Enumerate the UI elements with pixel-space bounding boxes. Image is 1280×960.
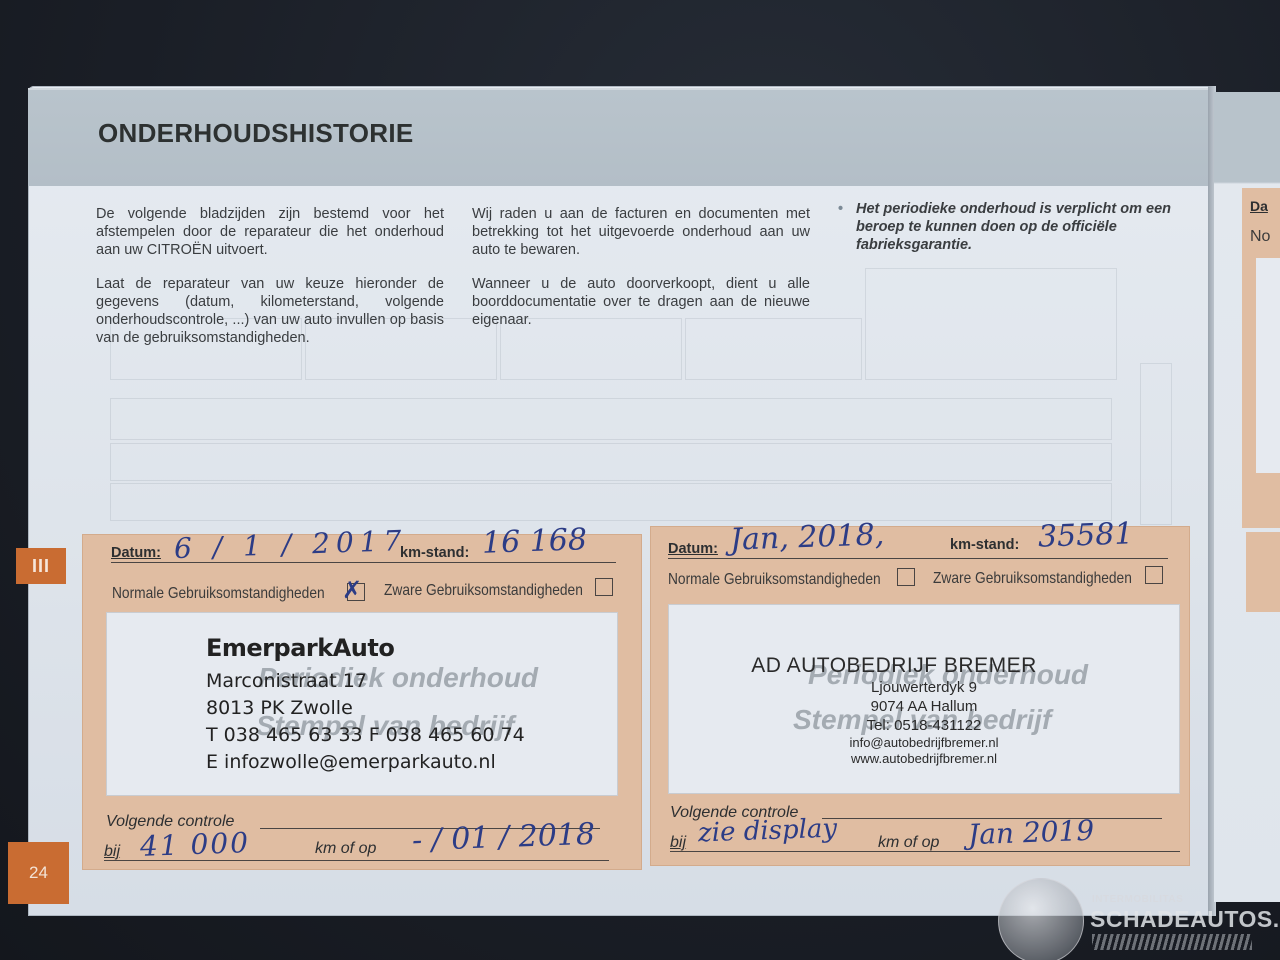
- datum-label: Datum:: [668, 541, 718, 557]
- km-stand-value: 35581: [1037, 516, 1134, 554]
- dealer-address: Marconistraat 17: [206, 668, 525, 695]
- dealer-stamp-emerpark: EmerparkAuto Marconistraat 17 8013 PK Zw…: [206, 634, 525, 776]
- service-entry-2: Datum: Jan, 2018, km-stand: 35581 Normal…: [650, 526, 1190, 866]
- datum-label: Datum:: [111, 545, 161, 561]
- logo-subtitle: INTERMOBILITAS: [1092, 894, 1183, 905]
- right-page-edge: Da No: [1214, 92, 1280, 902]
- right-page-form: Da No: [1242, 188, 1280, 528]
- chapter-tab: III: [16, 548, 66, 584]
- next-date-value: - / 01 / 2018: [411, 817, 595, 858]
- intro-paragraph: Wij raden u aan de facturen en documente…: [472, 205, 810, 259]
- dealer-phone: Tel: 0518-431122: [668, 716, 1180, 735]
- warranty-note-text: Het periodieke onderhoud is verplicht om…: [838, 200, 1183, 254]
- dealer-stamp-bremer: AD AUTOBEDRIJF BREMER Ljouwerterdyk 9 90…: [668, 654, 1180, 767]
- datum-value: 6 / 1 / 2017: [173, 524, 407, 565]
- heavy-conditions-label: Zware Gebruiksomstandigheden: [933, 570, 1132, 588]
- dealer-phone: T 038 465 63 33 F 038 465 60 74: [206, 722, 525, 749]
- right-page-form-2: [1246, 532, 1280, 612]
- normal-conditions-checkbox[interactable]: [897, 568, 915, 586]
- heavy-conditions-checkbox[interactable]: [595, 578, 613, 596]
- globe-icon: [998, 878, 1084, 960]
- dealer-email: info@autobedrijfbremer.nl: [668, 735, 1180, 751]
- show-through-table: [110, 318, 1170, 523]
- right-page-stamp-area: [1256, 258, 1280, 473]
- dealer-name: AD AUTOBEDRIJF BREMER: [608, 654, 1180, 678]
- check-mark-icon: ✗: [342, 576, 362, 604]
- km-stand-value: 16 168: [481, 522, 587, 561]
- bij-label: bij: [670, 834, 686, 852]
- km-of-op-label: km of op: [315, 840, 376, 858]
- next-km-value: 41 000: [139, 826, 250, 863]
- next-date-value: Jan 2019: [967, 814, 1094, 851]
- next-km-value: zie display: [698, 814, 838, 849]
- km-stand-label: km-stand:: [950, 537, 1019, 553]
- dealer-email: E infozwolle@emerparkauto.nl: [206, 749, 525, 776]
- normal-conditions-label: Normale Gebruiksomstandigheden: [112, 585, 325, 603]
- service-entry-1: Datum: 6 / 1 / 2017 km-stand: 16 168 Nor…: [82, 534, 642, 870]
- heavy-conditions-checkbox[interactable]: [1145, 566, 1163, 584]
- dealer-website: www.autobedrijfbremer.nl: [668, 751, 1180, 767]
- normal-conditions-label: Normale Gebruiksomstandigheden: [668, 571, 881, 589]
- km-stand-label: km-stand:: [400, 545, 469, 561]
- dealer-city: 8013 PK Zwolle: [206, 695, 525, 722]
- dealer-address: Ljouwerterdyk 9: [668, 678, 1180, 697]
- right-page-datum-fragment: Da: [1250, 198, 1268, 214]
- intro-paragraph: De volgende bladzijden zijn bestemd voor…: [96, 205, 444, 259]
- page-number: 24: [8, 842, 69, 904]
- datum-value: Jan, 2018,: [729, 517, 884, 557]
- dealer-city: 9074 AA Hallum: [668, 697, 1180, 716]
- bullet-icon: •: [838, 200, 843, 218]
- stamp-area: Periodiek onderhoud Stempel van bedrijf …: [106, 612, 618, 796]
- bij-label: bij: [104, 843, 120, 861]
- warranty-note: • Het periodieke onderhoud is verplicht …: [838, 200, 1183, 254]
- logo-title: SCHADEAUTOS.NL: [1090, 906, 1280, 933]
- heavy-conditions-label: Zware Gebruiksomstandigheden: [384, 582, 583, 600]
- right-page-normal-fragment: No: [1250, 228, 1270, 246]
- km-of-op-label: km of op: [878, 834, 939, 852]
- stamp-area: Periodiek onderhoud Stempel van bedrijf …: [668, 604, 1180, 794]
- page-title: ONDERHOUDSHISTORIE: [98, 118, 414, 149]
- normal-conditions-checkbox[interactable]: ✗: [347, 583, 365, 601]
- dealer-name: EmerparkAuto: [206, 634, 525, 662]
- schadeautos-logo: INTERMOBILITAS SCHADEAUTOS.NL: [996, 872, 1280, 960]
- logo-stripes: [1092, 934, 1252, 950]
